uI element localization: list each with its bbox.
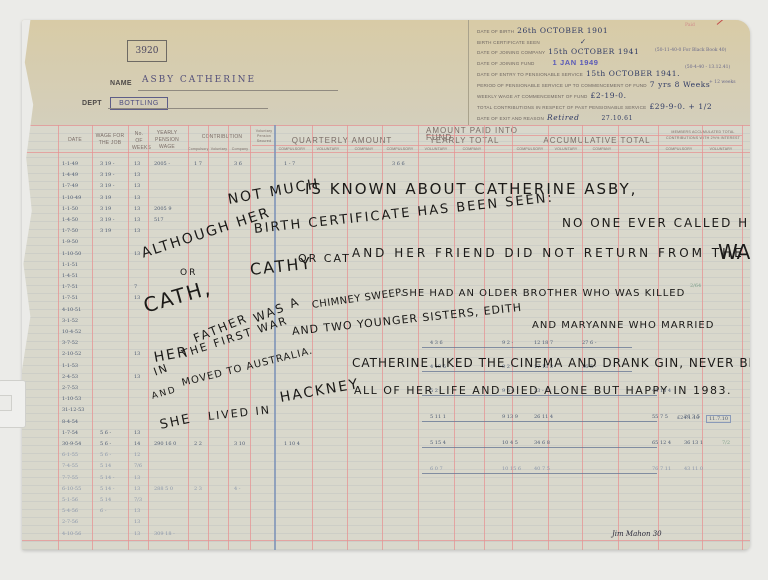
ledger-cell: 13: [134, 295, 140, 301]
ledger-cell: 1 - 7: [284, 161, 295, 167]
info-pensionable-entry: DATE OF ENTRY TO PENSIONABLE SERVICE15th…: [477, 69, 680, 78]
ledger-cell: 1-4-49: [62, 172, 78, 178]
name-value: ASBY CATHERINE: [142, 75, 256, 85]
ledger-cell: 2-4-53: [62, 374, 78, 380]
ledger-cell: 13: [134, 430, 140, 436]
side-note-paid: 2/64: [690, 283, 701, 289]
ledger-cell: 3 10: [234, 441, 245, 447]
ledger-cell: 1 7: [194, 161, 202, 167]
ledger-cell: 13: [134, 519, 140, 525]
hanging-tab: [0, 380, 26, 428]
total-underline: [422, 421, 657, 422]
col-header-contribution: CONTRIBUTION: [192, 134, 252, 141]
ledger-cell: 5-4-56: [62, 508, 78, 514]
pension-record-card: 3920 NAME ASBY CATHERINE DEPT BOTTLING D…: [22, 20, 750, 550]
ledger-cell: 3 19: [100, 206, 111, 212]
ledger-cell: 1-1-49: [62, 161, 78, 167]
ledger-total-cell: 6 0 7: [430, 466, 443, 472]
overlay-line-3f: WAR: [718, 240, 750, 264]
ledger-cell: 5 14 -: [100, 486, 114, 492]
ledger-total-cell: 9 13 9: [502, 414, 518, 420]
ledger-cell: 2005 -: [154, 161, 170, 167]
column-rule: [58, 125, 59, 550]
ledger-total-cell: 10 15 6: [502, 466, 521, 472]
ledger-total-cell: 40 7 5: [534, 466, 550, 472]
ledger-cell: 6-10-55: [62, 486, 81, 492]
ledger-cell: 3 19: [100, 195, 111, 201]
ledger-total-cell: 9 2 -: [502, 340, 513, 346]
ledger-cell: 5 6 -: [100, 441, 111, 447]
ledger-cell: 7/3: [134, 497, 142, 503]
overlay-line-2c: NO ONE EVER CALLED HER: [562, 216, 750, 230]
sub-column-header: VOLUNTARY: [700, 146, 742, 153]
ledger-cell: 3-1-52: [62, 318, 78, 324]
col-header-weeks: No. OF WEEKS: [132, 131, 146, 152]
ledger-cell: 517: [154, 217, 164, 223]
ledger-cell: 7: [134, 284, 137, 290]
ledger-bottom-border: [22, 540, 750, 541]
ledger-cell: 5 14: [100, 463, 111, 469]
overlay-line-4e: SHE HAD AN OLDER BROTHER WHO WAS KILLED: [402, 288, 685, 299]
ledger-cell: 13: [134, 161, 140, 167]
ledger-cell: 1-4-50: [62, 217, 78, 223]
ledger-total-cell: 7/2: [722, 440, 730, 446]
ledger-cell: 1-4-51: [62, 273, 78, 279]
ledger-cell: 1-9-50: [62, 239, 78, 245]
ledger-cell: 1-10-49: [62, 195, 81, 201]
info-date-of-birth: DATE OF BIRTH26th OCTOBER 1901: [477, 26, 608, 35]
info-joining-fund: DATE OF JOINING FUND1 JAN 1949: [477, 58, 599, 67]
ledger-cell: 13: [134, 486, 140, 492]
ledger-cell: 13: [134, 172, 140, 178]
ledger-top-border: [22, 125, 750, 126]
overlay-line-3e: AND HER FRIEND DID NOT RETURN FROM THE: [352, 246, 745, 260]
ledger-cell: 3 19 -: [100, 183, 114, 189]
ledger-cell: 3 19 -: [100, 161, 114, 167]
info-pensionable-period: PERIOD OF PENSIONABLE SERVICE UP TO COMM…: [477, 80, 710, 89]
side-note-paid-amount: £24.1.10: [677, 415, 699, 421]
total-underline: [422, 347, 632, 348]
ledger-cell: 14: [134, 441, 140, 447]
column-rule: [92, 125, 93, 550]
ledger-total-cell: 36 13 1: [684, 440, 703, 446]
ledger-cell: 1-7-50: [62, 228, 78, 234]
ledger-cell: 5 6 -: [100, 452, 111, 458]
col-header-yearly: YEARLY TOTAL: [417, 137, 512, 144]
ledger-cell: 13: [134, 351, 140, 357]
ledger-cell: 10-4-52: [62, 329, 81, 335]
ledger-cell: 2-7-53: [62, 385, 78, 391]
overlay-line-5d: AND MARYANNE WHO MARRIED: [532, 320, 714, 331]
ledger-cell: 7-4-55: [62, 463, 78, 469]
ledger-cell: 13: [134, 195, 140, 201]
ledger-cell: 2-7-56: [62, 519, 78, 525]
ledger-total-cell: 43 11 0: [684, 466, 703, 472]
ledger-cell: 13: [134, 508, 140, 514]
column-rule: [658, 125, 659, 550]
ledger-total-cell: 76 7 11: [652, 466, 671, 472]
ledger-cell: 290 16 0: [154, 441, 176, 447]
ledger-cell: 7/6: [134, 463, 142, 469]
column-rule: [702, 125, 703, 550]
ledger-total-cell: 4 3 6: [430, 340, 443, 346]
ledger-cell: 7-7-55: [62, 475, 78, 481]
ledger-cell: 1 10 4: [284, 441, 300, 447]
info-joining-company: DATE OF JOINING COMPANY15th OCTOBER 1941: [477, 47, 639, 56]
ledger-cell: 3 6 6: [392, 161, 405, 167]
ledger-cell: 2005 9: [154, 206, 172, 212]
ledger-cell: 3 19 -: [100, 217, 114, 223]
ledger-cell: 13: [134, 183, 140, 189]
ledger-cell: 13: [134, 531, 140, 537]
overlay-line-3d: OR CAT: [298, 252, 351, 265]
total-underline: [422, 447, 657, 448]
ledger-cell: 288 5 0: [154, 486, 173, 492]
col-header-yearly-wage: YEARLY PENSION WAGE: [150, 130, 184, 151]
reference-number-box: 3920: [127, 40, 167, 62]
ledger-cell: 2 2: [194, 441, 202, 447]
sub-column-header: Company: [230, 146, 250, 153]
info-past-contributions: TOTAL CONTRIBUTIONS IN RESPECT OF PAST P…: [477, 102, 712, 111]
employee-info-panel: DATE OF BIRTH26th OCTOBER 1901 BIRTH CER…: [468, 20, 739, 125]
side-note-boxed: 11.7.10: [706, 415, 731, 423]
sub-column-header: COMPANY: [346, 146, 382, 153]
ledger-cell: 4-10-56: [62, 531, 81, 537]
overlay-line-7d: ALL OF HER LIFE AND DIED ALONE BUT HAPPY…: [354, 384, 732, 397]
column-rule: [128, 125, 129, 550]
ledger-cell: 1-7-51: [62, 295, 78, 301]
joining-company-note: (50-11-40-0 For Black Book 40): [655, 48, 726, 53]
col-header-date: DATE: [62, 137, 88, 144]
ledger-cell: 1-1-51: [62, 262, 78, 268]
overlay-line-6c: CATHERINE LIKED THE CINEMA AND DRANK GIN…: [352, 356, 750, 370]
name-underline: [138, 90, 338, 91]
ledger-cell: 1-1-50: [62, 206, 78, 212]
sub-column-header: VOLUNTARY: [548, 146, 584, 153]
ledger-cell: 3 6: [234, 161, 242, 167]
sub-column-header: Voluntary: [209, 146, 229, 153]
ledger-cell: 4 -: [234, 486, 240, 492]
ledger-cell: 12: [134, 452, 140, 458]
sub-column-header: COMPULSORY: [274, 146, 310, 153]
ledger-cell: 2-10-52: [62, 351, 81, 357]
column-rule: [188, 125, 189, 550]
column-rule: [742, 125, 743, 550]
paid-corner-mark: Paid: [685, 23, 695, 28]
ledger-cell: 6 -: [100, 508, 106, 514]
sub-column-header: COMPANY: [584, 146, 620, 153]
signature: Jim Mahon 30: [612, 530, 662, 538]
sub-column-header: COMPULSORY: [382, 146, 418, 153]
ledger-cell: 1-1-53: [62, 363, 78, 369]
ledger-cell: 3-7-52: [62, 340, 78, 346]
ledger-cell: 5 14: [100, 497, 111, 503]
ledger-cell: 6-1-55: [62, 452, 78, 458]
info-weekly-wage: WEEKLY WAGE AT COMMENCEMENT OF FUND£2-19…: [477, 91, 627, 100]
ledger-cell: 1-7-54: [62, 430, 78, 436]
ledger-total-cell: 26 11 4: [534, 414, 553, 420]
col-header-accumulative: ACCUMULATIVE TOTAL: [542, 137, 652, 144]
overlay-line-1b: IS KNOWN ABOUT CATHERINE ASBY,: [305, 180, 637, 198]
ledger-cell: 13: [134, 228, 140, 234]
name-label: NAME: [110, 80, 132, 87]
ledger-total-cell: 65 12 4: [652, 440, 671, 446]
pensionable-entry-note: (50-4-40 - 13.12.41): [685, 65, 730, 70]
ledger-total-cell: 5 11 1: [430, 414, 446, 420]
col-header-voluntary-pension: Voluntary Pension Secured: [255, 129, 273, 144]
total-underline: [422, 371, 632, 372]
dept-label: DEPT: [82, 100, 102, 107]
ledger-cell: 8-4-54: [62, 419, 78, 425]
ledger-cell: 3 19: [100, 228, 111, 234]
info-exit: DATE OF EXIT AND REASONRetired27.10.61: [477, 113, 633, 122]
col-header-quarterly: QUARTERLY AMOUNT: [277, 137, 407, 144]
ledger-total-cell: 12 18 7: [534, 340, 553, 346]
ledger-cell: 5 6 -: [100, 430, 111, 436]
ledger-cell: 13: [134, 217, 140, 223]
total-underline: [422, 473, 657, 474]
ledger-total-cell: 5 15 4: [430, 440, 446, 446]
col-header-wage: WAGE FOR THE JOB: [94, 133, 126, 147]
overlay-line-3b: OR: [180, 268, 197, 278]
ledger-cell: 3 19 -: [100, 172, 114, 178]
ledger-total-cell: 10 4 5: [502, 440, 518, 446]
sub-column-header: Compulsory: [188, 146, 208, 153]
ledger-cell: 30-9-54: [62, 441, 81, 447]
ledger-cell: 1-10-50: [62, 251, 81, 257]
sub-column-header: VOLUNTARY: [418, 146, 454, 153]
ledger-cell: 1-7-49: [62, 183, 78, 189]
col-header-members-total: MEMBERS ACCUMULATED TOTAL CONTRIBUTIONS …: [664, 129, 742, 141]
ledger-cell: 1-10-53: [62, 396, 81, 402]
sub-column-header: VOLUNTARY: [310, 146, 346, 153]
dept-underline: [108, 108, 268, 109]
ledger-cell: 13: [134, 251, 140, 257]
column-rule: [148, 125, 149, 550]
ledger-cell: 13: [134, 206, 140, 212]
ledger-cell: 13: [134, 374, 140, 380]
ledger-cell: 5 14 -: [100, 475, 114, 481]
ledger-total-cell: 55 7 5: [652, 414, 668, 420]
ledger-cell: 31-12-53: [62, 407, 84, 413]
ledger-cell: 5-1-56: [62, 497, 78, 503]
ledger-cell: 4-10-51: [62, 307, 81, 313]
ledger-cell: 309 18 -: [154, 531, 175, 537]
red-check-mark: [717, 20, 731, 25]
ledger-total-cell: 27 6 -: [582, 340, 596, 346]
ledger-cell: 2 3: [194, 486, 202, 492]
pensionable-period-note: + 12 weeks: [709, 80, 736, 85]
ledger-cell: 13: [134, 475, 140, 481]
ledger-total-cell: 34 6 8: [534, 440, 550, 446]
sub-column-header: COMPULSORY: [512, 146, 548, 153]
info-birth-certificate: BIRTH CERTIFICATE SEEN✓: [477, 37, 587, 46]
sub-column-header: COMPULSORY: [658, 146, 700, 153]
ledger-cell: 1-7-51: [62, 284, 78, 290]
